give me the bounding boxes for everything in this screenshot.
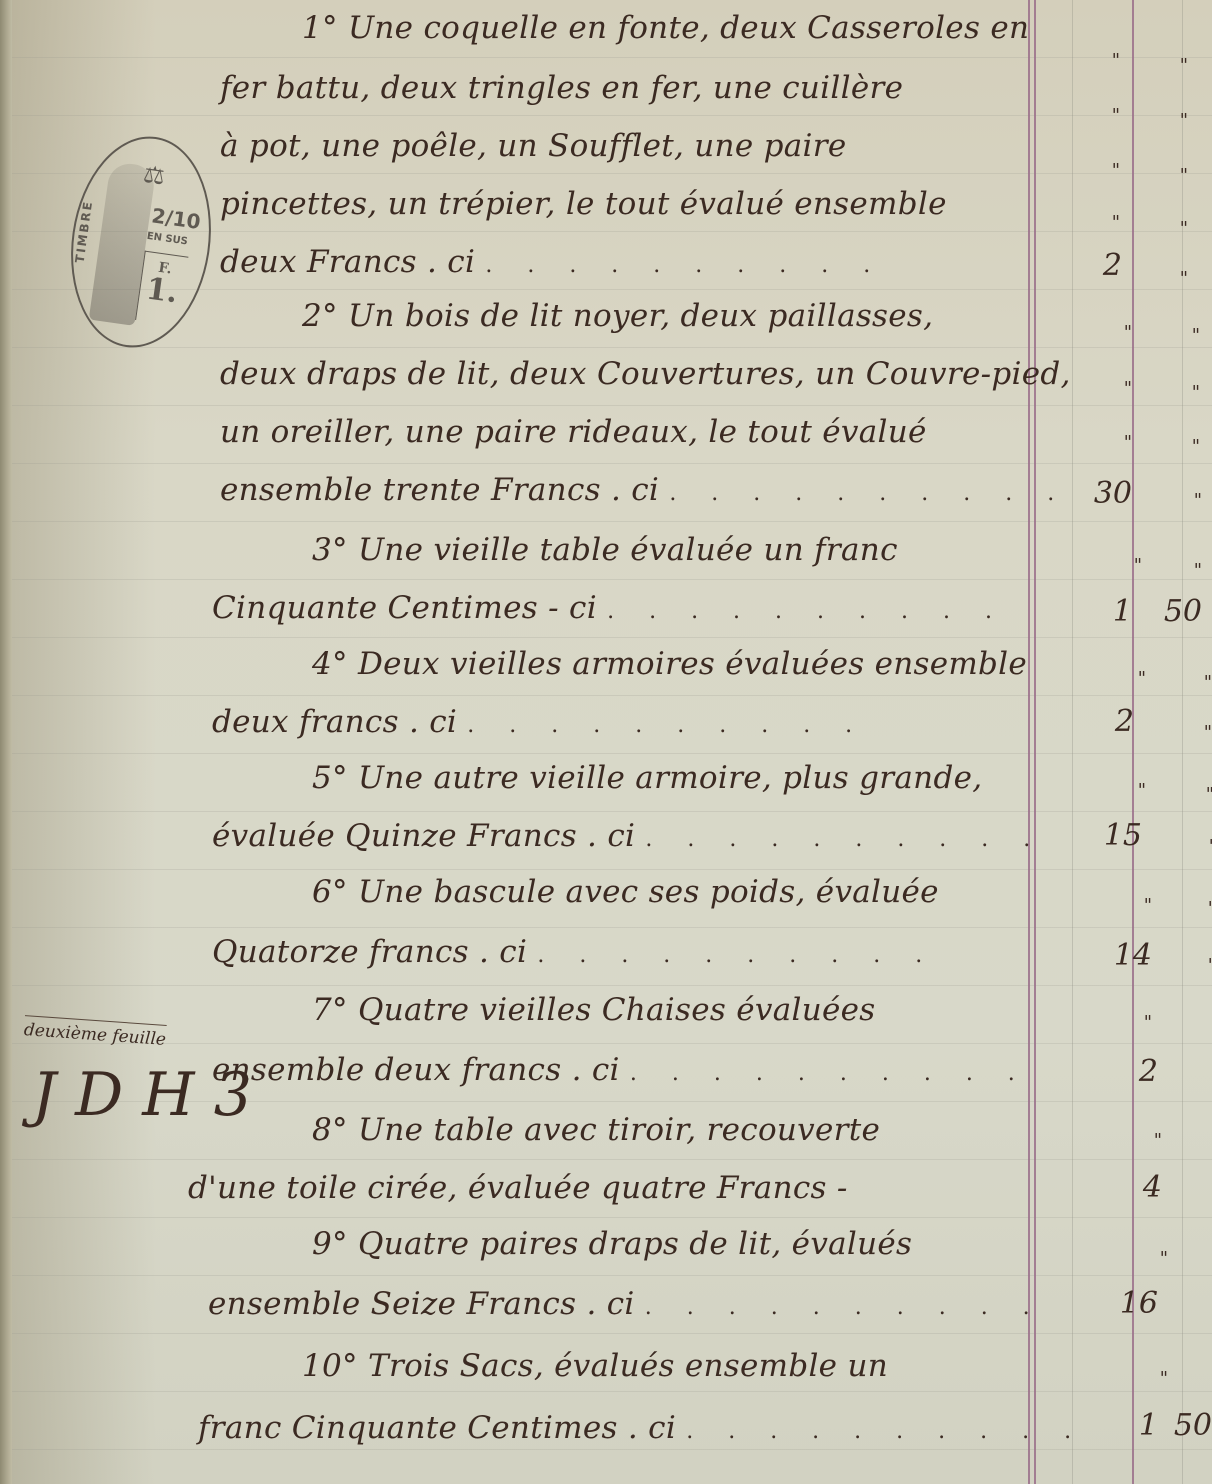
entry-1-line-3: à pot, une poêle, un Soufflet, une paire	[220, 128, 847, 164]
entry-7-line-2: ensemble deux francs . ci . . . . . . . …	[212, 1052, 1029, 1088]
ditto-mark: "	[1112, 895, 1152, 916]
ditto-mark: "	[1160, 325, 1200, 346]
entry-9-line-1: 9° Quatre paires draps de lit, évalués	[312, 1226, 912, 1262]
stamp-surcharge: 2/10	[150, 203, 202, 234]
grid-rule	[1072, 0, 1073, 1484]
ditto-mark: "	[1122, 1130, 1162, 1151]
entry-4-line-1: 4° Deux vieilles armoires évaluées ensem…	[312, 646, 1027, 682]
ditto-mark: "	[1080, 212, 1120, 233]
ditto-mark: "	[1174, 784, 1212, 805]
ditto-mark: "	[1184, 1250, 1212, 1271]
entry-6-line-1: 6° Une bascule avec ses poids, évaluée	[312, 874, 939, 910]
entry-8-francs: 4	[1112, 1170, 1162, 1205]
entry-2-line-3: un oreiller, une paire rideaux, le tout …	[220, 414, 927, 450]
ditto-mark: "	[1148, 110, 1188, 131]
entry-4-francs: 2	[1084, 704, 1134, 739]
entry-1-line-5: deux Francs . ci . . . . . . . . . .	[220, 244, 884, 280]
entry-8-line-2: d'une toile cirée, évaluée quatre Francs…	[188, 1170, 848, 1206]
stamp-value-box: F. 1.	[135, 251, 188, 326]
entry-6-line-2: Quatorze francs . ci . . . . . . . . . .	[212, 934, 936, 970]
margin-rule-left-b	[1034, 0, 1036, 1484]
entry-6-centimes: "	[1176, 955, 1212, 976]
ditto-mark: "	[1162, 560, 1202, 581]
entry-2-line-4: ensemble trente Francs . ci . . . . . . …	[220, 472, 1068, 508]
entry-9-line-2: ensemble Seize Francs . ci . . . . . . .…	[208, 1286, 1044, 1322]
ditto-mark: "	[1080, 160, 1120, 181]
ditto-mark: "	[1128, 1368, 1168, 1389]
entry-3-line-2: Cinquante Centimes - ci . . . . . . . . …	[212, 590, 1006, 626]
entry-5-line-2: évaluée Quinze Francs . ci . . . . . . .…	[212, 818, 1044, 854]
ditto-mark: "	[1112, 1012, 1152, 1033]
entry-10-centimes: 50	[1162, 1408, 1212, 1443]
entry-9-centimes: "	[1184, 1302, 1212, 1323]
entry-1-centimes: "	[1148, 268, 1188, 289]
entry-10-line-2: franc Cinquante Centimes . ci . . . . . …	[198, 1410, 1085, 1446]
entry-1-line-1: 1° Une coquelle en fonte, deux Casserole…	[302, 10, 1029, 46]
entry-5-centimes: "	[1177, 836, 1212, 857]
entry-7-line-1: 7° Quatre vieilles Chaises évaluées	[312, 992, 875, 1028]
ditto-mark: "	[1180, 1016, 1212, 1037]
ledger-page: TIMBRE ⚖ 2/10 EN SUS F. 1. deuxième feui…	[12, 0, 1212, 1484]
ditto-mark: "	[1102, 555, 1142, 576]
ditto-mark: "	[1182, 1134, 1212, 1155]
entry-2-centimes: "	[1162, 490, 1202, 511]
ditto-mark: "	[1128, 1248, 1168, 1269]
entry-5-line-1: 5° Une autre vieille armoire, plus grand…	[312, 760, 982, 796]
entry-1-line-2: fer battu, deux tringles en fer, une cui…	[220, 70, 903, 106]
entry-8-centimes: "	[1182, 1190, 1212, 1211]
ditto-mark: "	[1176, 898, 1212, 919]
ditto-mark: "	[1092, 432, 1132, 453]
entry-2-francs: 30	[1082, 476, 1132, 511]
entry-9-francs: 16	[1108, 1286, 1158, 1321]
ditto-mark: "	[1092, 378, 1132, 399]
entry-3-francs: 1	[1082, 594, 1132, 629]
ditto-mark: "	[1160, 382, 1200, 403]
ditto-mark: "	[1148, 218, 1188, 239]
ditto-mark: "	[1106, 668, 1146, 689]
ditto-mark: "	[1148, 55, 1188, 76]
entry-2-line-1: 2° Un bois de lit noyer, deux paillasses…	[302, 298, 933, 334]
ditto-mark: "	[1106, 780, 1146, 801]
ditto-mark: "	[1172, 672, 1212, 693]
entry-1-line-4: pincettes, un trépier, le tout évalué en…	[220, 186, 947, 222]
ditto-mark: "	[1080, 50, 1120, 71]
entry-3-centimes: 50	[1152, 594, 1202, 629]
entry-7-francs: 2	[1108, 1054, 1158, 1089]
entry-5-francs: 15	[1092, 818, 1142, 853]
entry-10-francs: 1	[1108, 1408, 1158, 1443]
ditto-mark: "	[1160, 436, 1200, 457]
entry-8-line-1: 8° Une table avec tiroir, recouverte	[312, 1112, 880, 1148]
entry-7-centimes: "	[1180, 1072, 1212, 1093]
entry-3-line-1: 3° Une vieille table évaluée un franc	[312, 532, 898, 568]
entry-2-line-2: deux draps de lit, deux Couvertures, un …	[220, 356, 1071, 392]
entry-1-francs: 2	[1072, 248, 1122, 283]
entry-4-line-2: deux francs . ci . . . . . . . . . .	[212, 704, 866, 740]
ditto-mark: "	[1148, 165, 1188, 186]
ditto-mark: "	[1080, 105, 1120, 126]
stamp-surcharge-text: EN SUS	[146, 231, 188, 248]
scales-icon: ⚖	[142, 160, 167, 191]
ditto-mark: "	[1184, 1370, 1212, 1391]
ditto-mark: "	[1092, 322, 1132, 343]
entry-4-centimes: "	[1172, 722, 1212, 743]
margin-rule-left-a	[1028, 0, 1030, 1484]
stamp-value: 1.	[138, 274, 185, 310]
entry-6-francs: 14	[1102, 938, 1152, 973]
entry-10-line-1: 10° Trois Sacs, évalués ensemble un	[302, 1348, 888, 1384]
